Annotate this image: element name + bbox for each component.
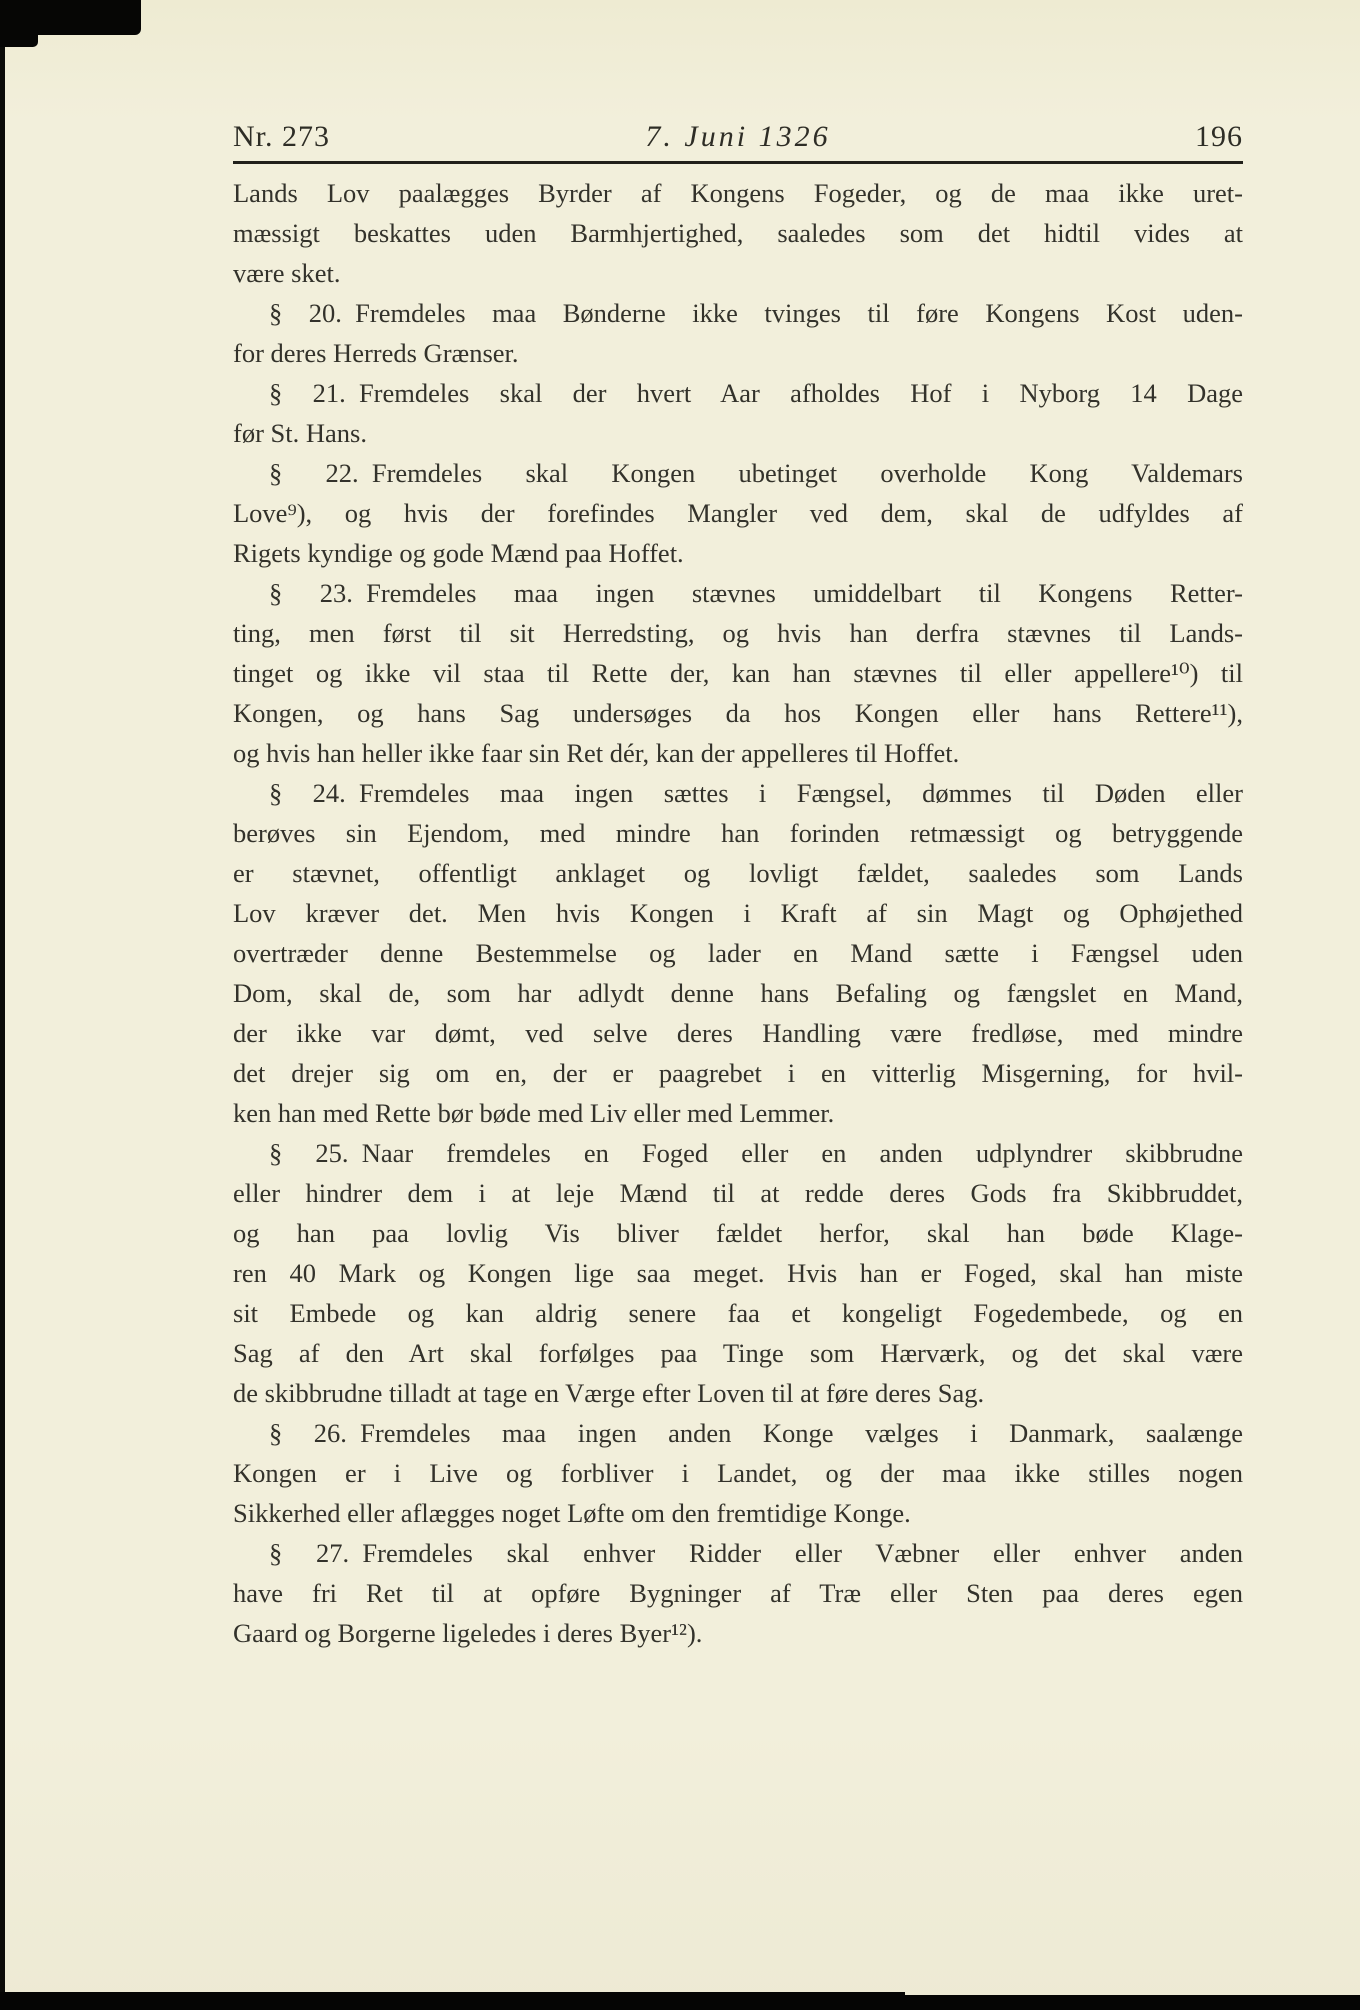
page-number: 196 <box>1195 118 1243 156</box>
text-line: Love⁹), og hvis der forefindes Mangler v… <box>233 493 1243 533</box>
text-line: § 21. Fremdeles skal der hvert Aar afhol… <box>233 373 1243 413</box>
paragraph-section-25: § 25. Naar fremdeles en Foged eller en a… <box>233 1133 1243 1413</box>
text-line: ren 40 Mark og Kongen lige saa meget. Hv… <box>233 1253 1243 1293</box>
text-line: sit Embede og kan aldrig senere faa et k… <box>233 1293 1243 1333</box>
text-line: § 23. Fremdeles maa ingen stævnes umidde… <box>233 573 1243 613</box>
text-line: overtræder denne Bestemmelse og lader en… <box>233 933 1243 973</box>
paragraph-section-21: § 21. Fremdeles skal der hvert Aar afhol… <box>233 373 1243 453</box>
scan-artifact-top-left <box>0 0 141 35</box>
paragraph-section-22: § 22. Fremdeles skal Kongen ubetinget ov… <box>233 453 1243 573</box>
text-line: før St. Hans. <box>233 413 1243 453</box>
paragraph-section-26: § 26. Fremdeles maa ingen anden Konge væ… <box>233 1413 1243 1533</box>
paragraph-continuation: Lands Lov paalægges Byrder af Kongens Fo… <box>233 173 1243 293</box>
scan-artifact-bottom-edge-left <box>0 1992 905 2010</box>
text-line: Gaard og Borgerne ligeledes i deres Byer… <box>233 1613 1243 1653</box>
text-line: Kongen, og hans Sag undersøges da hos Ko… <box>233 693 1243 733</box>
scan-artifact-top-left-step <box>0 33 38 47</box>
text-line: § 27. Fremdeles skal enhver Ridder eller… <box>233 1533 1243 1573</box>
text-line: have fri Ret til at opføre Bygninger af … <box>233 1573 1243 1613</box>
text-line: tinget og ikke vil staa til Rette der, k… <box>233 653 1243 693</box>
page-header: Nr. 273 7. Juni 1326 196 <box>233 118 1243 156</box>
text-line: Sikkerhed eller aflægges noget Løfte om … <box>233 1493 1243 1533</box>
text-line: og han paa lovlig Vis bliver fældet herf… <box>233 1213 1243 1253</box>
text-line: Lands Lov paalægges Byrder af Kongens Fo… <box>233 173 1243 213</box>
text-line: der ikke var dømt, ved selve deres Handl… <box>233 1013 1243 1053</box>
text-line: være sket. <box>233 253 1243 293</box>
text-line: ken han med Rette bør bøde med Liv eller… <box>233 1093 1243 1133</box>
text-line: Lov kræver det. Men hvis Kongen i Kraft … <box>233 893 1243 933</box>
text-line: § 20. Fremdeles maa Bønderne ikke tvinge… <box>233 293 1243 333</box>
header-rule <box>233 161 1243 164</box>
text-line: Rigets kyndige og gode Mænd paa Hoffet. <box>233 533 1243 573</box>
paragraph-section-27: § 27. Fremdeles skal enhver Ridder eller… <box>233 1533 1243 1653</box>
document-number: Nr. 273 <box>233 118 330 156</box>
document-page: Nr. 273 7. Juni 1326 196 Lands Lov paalæ… <box>0 0 1360 2010</box>
paragraph-section-23: § 23. Fremdeles maa ingen stævnes umidde… <box>233 573 1243 773</box>
text-line: Sag af den Art skal forfølges paa Tinge … <box>233 1333 1243 1373</box>
text-line: § 24. Fremdeles maa ingen sættes i Fængs… <box>233 773 1243 813</box>
text-line: de skibbrudne tilladt at tage en Værge e… <box>233 1373 1243 1413</box>
text-line: det drejer sig om en, der er paagrebet i… <box>233 1053 1243 1093</box>
text-line: og hvis han heller ikke faar sin Ret dér… <box>233 733 1243 773</box>
text-line: § 26. Fremdeles maa ingen anden Konge væ… <box>233 1413 1243 1453</box>
page-content: Nr. 273 7. Juni 1326 196 Lands Lov paalæ… <box>233 118 1243 1653</box>
text-line: er stævnet, offentligt anklaget og lovli… <box>233 853 1243 893</box>
text-line: § 25. Naar fremdeles en Foged eller en a… <box>233 1133 1243 1173</box>
text-line: Dom, skal de, som har adlydt denne hans … <box>233 973 1243 1013</box>
text-line: mæssigt beskattes uden Barmhjertighed, s… <box>233 213 1243 253</box>
document-date: 7. Juni 1326 <box>645 118 830 156</box>
text-line: for deres Herreds Grænser. <box>233 333 1243 373</box>
body-text: Lands Lov paalægges Byrder af Kongens Fo… <box>233 173 1243 1653</box>
text-line: Kongen er i Live og forbliver i Landet, … <box>233 1453 1243 1493</box>
text-line: ting, men først til sit Herredsting, og … <box>233 613 1243 653</box>
text-line: berøves sin Ejendom, med mindre han fori… <box>233 813 1243 853</box>
text-line: eller hindrer dem i at leje Mænd til at … <box>233 1173 1243 1213</box>
scan-artifact-left-edge <box>0 0 5 2010</box>
text-line: § 22. Fremdeles skal Kongen ubetinget ov… <box>233 453 1243 493</box>
paragraph-section-20: § 20. Fremdeles maa Bønderne ikke tvinge… <box>233 293 1243 373</box>
paragraph-section-24: § 24. Fremdeles maa ingen sættes i Fængs… <box>233 773 1243 1133</box>
